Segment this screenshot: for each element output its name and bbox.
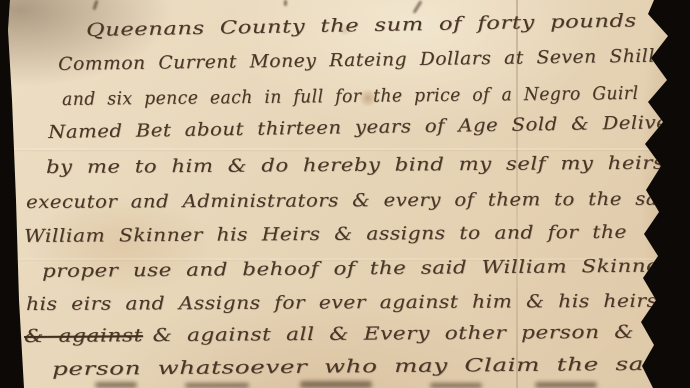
document-photo: Queenans County the sum of forty pounds …: [0, 0, 690, 388]
line-text: & against all & Every other person &: [152, 322, 634, 346]
horizontal-fold-crease: [0, 148, 690, 150]
manuscript-line: executor and Administrators & every of t…: [26, 189, 678, 213]
manuscript-line: his eirs and Assigns for ever against hi…: [26, 291, 658, 315]
cut-off-line-smudge: [430, 383, 482, 388]
struck-word: & against: [24, 325, 143, 347]
manuscript-paper: Queenans County the sum of forty pounds …: [0, 0, 690, 388]
cut-off-stroke: [93, 0, 99, 10]
manuscript-line-with-correction: & against& against all & Every other per…: [24, 322, 634, 347]
manuscript-line: Named Bet about thirteen years of Age So…: [48, 112, 690, 143]
cut-off-stroke: [284, 0, 287, 6]
manuscript-line: and six pence each in full for the price…: [62, 83, 639, 110]
cut-off-line-smudge: [185, 383, 249, 388]
manuscript-line: Queenans County the sum of forty pounds: [86, 10, 637, 41]
cut-off-line-smudge: [535, 382, 597, 388]
cut-off-line-smudge: [95, 382, 137, 388]
manuscript-line: Common Current Money Rateing Dollars at …: [58, 45, 690, 75]
manuscript-line: proper use and behoof of the said Willia…: [42, 256, 670, 282]
manuscript-line: person whatsoever who may Claim the said: [52, 354, 669, 380]
cut-off-line-smudge: [300, 381, 372, 388]
cut-off-stroke: [413, 0, 423, 13]
manuscript-line: William Skinner his Heirs & assigns to a…: [24, 222, 627, 247]
manuscript-line: by me to him & do hereby bind my self my…: [46, 153, 664, 178]
